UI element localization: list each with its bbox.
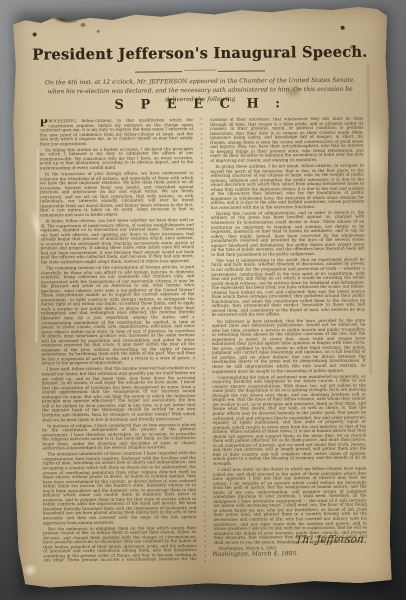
masthead-rule: ~~~~~~~~: [135, 68, 265, 73]
speech-paragraph: In giving these outlines, I do not mean,…: [210, 164, 364, 211]
speech-paragraph: At home, fellow-citizens, you best know …: [40, 218, 194, 265]
masthead-title: President Jefferson's Inaugural Speech.: [11, 43, 389, 64]
speech-paragraph: On taking this station on a former occas…: [40, 147, 194, 171]
speech-paragraph: No inference is here intended, that the …: [212, 318, 366, 374]
speech-paragraph: The remaining revenue on the consumption…: [41, 265, 195, 366]
speech-paragraph: Nor was it uninteresting to the world, t…: [211, 257, 365, 317]
speech-paragraph: Contemplating the union of sentiment now…: [212, 374, 366, 466]
speech-paragraph: I have said, fellow-citizens, that the i…: [42, 367, 196, 423]
dateline: Washington, March 4, 1805.: [212, 550, 298, 558]
photo-of-broadside: { "document": { "masthead": "President J…: [0, 0, 406, 600]
speech-paragraph: In matters of religion, I have considere…: [42, 423, 196, 452]
speech-paragraph: PROCEEDING, fellow-citizens, to that qua…: [39, 118, 193, 147]
speech-paragraph: The aboriginal inhabitants of these coun…: [42, 451, 196, 525]
spot-top-right: [341, 26, 345, 30]
speech-paragraph: In the transaction of your foreign affai…: [40, 171, 194, 218]
speech-heading: S P E E C H :: [11, 95, 389, 113]
bottom-left-chip: [23, 563, 37, 576]
broadside-paper: President Jefferson's Inaugural Speech. …: [10, 4, 393, 590]
spot-top-center-left: [81, 23, 86, 27]
rule-squiggle-ornament: ~~~~~~~~: [182, 69, 218, 73]
speech-paragraph: During this course of administration, an…: [211, 211, 365, 258]
right-vertical-crease: [367, 65, 372, 375]
spot-top-left: [33, 32, 37, 36]
spot-top-center: [97, 30, 100, 33]
